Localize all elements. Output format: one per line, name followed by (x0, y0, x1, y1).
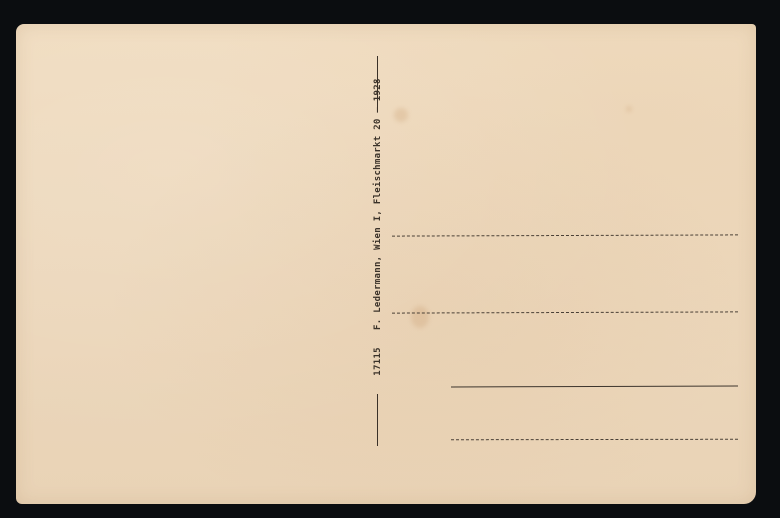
imprint-separator: — (373, 107, 383, 113)
divider-rule-bottom (377, 394, 378, 446)
address-line-4 (451, 439, 738, 441)
stain-mark (411, 306, 429, 328)
card-number: 17115 (373, 347, 383, 376)
address-line-1 (392, 234, 738, 236)
address-line-3 (451, 385, 738, 387)
postcard-back: 17115 F. Ledermann, Wien I, Fleischmarkt… (16, 24, 756, 504)
imprint-year: 1928 (373, 78, 383, 101)
stain-mark (394, 108, 408, 122)
publisher-imprint: 17115 F. Ledermann, Wien I, Fleischmarkt… (373, 78, 383, 375)
address-line-2 (392, 311, 738, 313)
stain-mark (626, 106, 632, 112)
publisher-name: F. Ledermann, Wien I, Fleischmarkt 20 (373, 118, 383, 330)
